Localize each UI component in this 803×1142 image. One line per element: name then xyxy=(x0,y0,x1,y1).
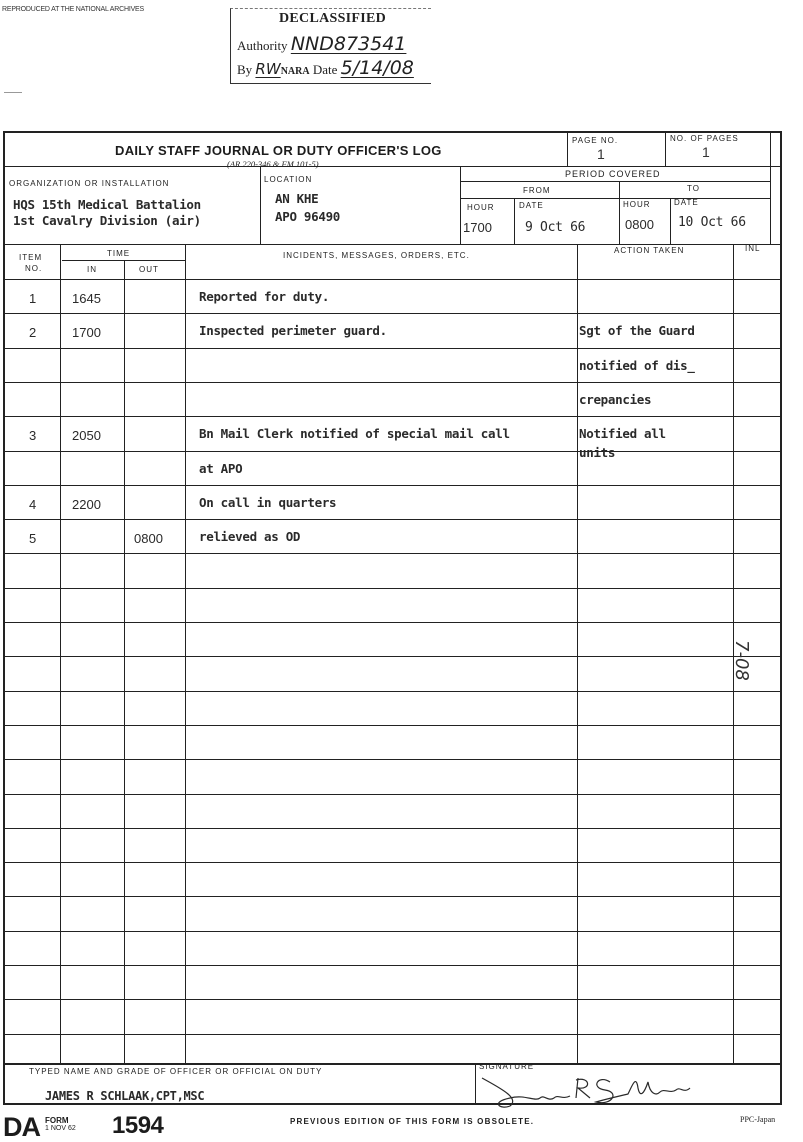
stamp-date-value: 5/14/08 xyxy=(341,57,414,79)
from-date-label: DATE xyxy=(519,201,544,210)
action-cell: notified of dis_ xyxy=(579,358,695,373)
item-no-cell: 2 xyxy=(29,325,36,340)
table-row: 50800relieved as OD xyxy=(5,519,780,553)
typed-name-label: TYPED NAME AND GRADE OF OFFICER OR OFFIC… xyxy=(29,1067,322,1076)
time-in-cell: 2050 xyxy=(72,428,101,443)
to-hour-label: HOUR xyxy=(623,200,651,209)
table-row xyxy=(5,656,780,690)
stamp-by-label: By xyxy=(237,62,252,77)
page-no-label: PAGE NO. xyxy=(572,136,618,145)
incident-cell: relieved as OD xyxy=(199,529,300,544)
declassified-stamp: DECLASSIFIED Authority NND873541 By RWNA… xyxy=(230,8,431,84)
num-pages-label: NO. OF PAGES xyxy=(670,134,739,143)
incident-cell: at APO xyxy=(199,461,242,476)
to-date-label: DATE xyxy=(674,198,699,207)
organization-line2: 1st Cavalry Division (air) xyxy=(13,213,201,228)
time-header: TIME xyxy=(107,249,130,258)
divider xyxy=(567,133,568,167)
action-cell: Notified all xyxy=(579,426,666,441)
divider xyxy=(460,167,461,245)
num-pages-value: 1 xyxy=(702,144,710,160)
divider xyxy=(461,198,771,199)
stamp-date-label: Date xyxy=(313,62,338,77)
action-cell: Sgt of the Guard xyxy=(579,323,695,338)
form-subtitle: (AR 220-346 & FM 101-5) xyxy=(227,159,319,169)
table-row xyxy=(5,862,780,896)
table-row xyxy=(5,553,780,587)
table-row xyxy=(5,588,780,622)
table-row xyxy=(5,896,780,930)
time-in-cell: 1700 xyxy=(72,325,101,340)
signature-image xyxy=(480,1068,710,1110)
from-label: FROM xyxy=(523,186,551,195)
table-row xyxy=(5,828,780,862)
location-label: LOCATION xyxy=(264,175,312,184)
organization-line1: HQS 15th Medical Battalion xyxy=(13,197,201,212)
form-label: FORM xyxy=(45,1117,76,1125)
divider xyxy=(665,133,666,167)
form-title: DAILY STAFF JOURNAL OR DUTY OFFICER'S LO… xyxy=(115,143,442,158)
divider xyxy=(770,133,771,245)
table-row xyxy=(5,794,780,828)
form-label-block: FORM 1 NOV 62 xyxy=(45,1117,76,1133)
divider xyxy=(461,181,771,182)
divider xyxy=(475,1063,476,1105)
item-no-cell: 3 xyxy=(29,428,36,443)
action-cell: units xyxy=(579,445,615,460)
incident-cell: On call in quarters xyxy=(199,495,336,510)
to-hour-value: 0800 xyxy=(625,217,654,232)
table-row: 32050Bn Mail Clerk notified of special m… xyxy=(5,416,780,450)
period-covered-label: PERIOD COVERED xyxy=(565,169,661,179)
table-row xyxy=(5,725,780,759)
location-line1: AN KHE xyxy=(275,191,318,206)
table-row: 21700Inspected perimeter guard.Sgt of th… xyxy=(5,313,780,347)
stamp-by: By RWNARA Date 5/14/08 xyxy=(237,57,414,79)
margin-note: 7-08 xyxy=(731,640,752,681)
incident-cell: Reported for duty. xyxy=(199,289,329,304)
printer-note: PPC-Japan xyxy=(740,1115,775,1124)
table-row xyxy=(5,622,780,656)
time-in-cell: 2200 xyxy=(72,497,101,512)
from-hour-label: HOUR xyxy=(467,203,495,212)
divider xyxy=(5,244,780,245)
organization-label: ORGANIZATION OR INSTALLATION xyxy=(9,179,169,188)
table-row xyxy=(5,999,780,1033)
stamp-authority-value: NND873541 xyxy=(291,33,407,55)
table-row xyxy=(5,931,780,965)
table-row: 42200On call in quarters xyxy=(5,485,780,519)
table-row xyxy=(5,691,780,725)
form-prefix: DA xyxy=(3,1112,40,1142)
previous-edition-note: PREVIOUS EDITION OF THIS FORM IS OBSOLET… xyxy=(290,1117,534,1126)
stamp-by-initials: RW xyxy=(255,60,280,78)
item-no-cell: 1 xyxy=(29,291,36,306)
table-row xyxy=(5,965,780,999)
scan-mark xyxy=(4,92,22,93)
stamp-heading: DECLASSIFIED xyxy=(279,11,386,27)
from-date-value: 9 Oct 66 xyxy=(525,220,585,235)
item-no-header-line2: NO. xyxy=(25,264,42,273)
time-out-cell: 0800 xyxy=(134,531,163,546)
item-no-header: ITEM xyxy=(19,253,42,262)
table-row: crepancies xyxy=(5,382,780,416)
archive-note: REPRODUCED AT THE NATIONAL ARCHIVES xyxy=(2,6,144,13)
action-cell: crepancies xyxy=(579,392,651,407)
form-number: 1594 xyxy=(112,1112,163,1140)
stamp-authority: Authority NND873541 xyxy=(237,33,406,55)
from-hour-value: 1700 xyxy=(463,220,492,235)
incidents-header: INCIDENTS, MESSAGES, ORDERS, ETC. xyxy=(283,251,470,260)
item-no-cell: 5 xyxy=(29,531,36,546)
table-row xyxy=(5,759,780,793)
to-date-value: 10 Oct 66 xyxy=(678,215,746,230)
table-row: at APOunits xyxy=(5,451,780,485)
item-no-cell: 4 xyxy=(29,497,36,512)
divider xyxy=(514,198,515,244)
location-line2: APO 96490 xyxy=(275,209,340,224)
typed-name-value: JAMES R SCHLAAK,CPT,MSC xyxy=(45,1089,204,1103)
inl-header: INL xyxy=(745,244,760,253)
stamp-nara-label: NARA xyxy=(281,66,310,77)
incident-cell: Bn Mail Clerk notified of special mail c… xyxy=(199,426,510,441)
stamp-authority-label: Authority xyxy=(237,38,288,53)
divider xyxy=(670,198,671,244)
divider xyxy=(5,166,780,167)
to-label: TO xyxy=(687,184,700,193)
page-no-value: 1 xyxy=(597,146,605,162)
action-header: ACTION TAKEN xyxy=(614,246,684,255)
time-in-header: IN xyxy=(87,265,97,274)
divider xyxy=(5,1063,780,1065)
time-out-header: OUT xyxy=(139,265,159,274)
divider xyxy=(260,167,261,245)
divider xyxy=(619,181,620,244)
form-date: 1 NOV 62 xyxy=(45,1125,76,1133)
incident-cell: Inspected perimeter guard. xyxy=(199,323,387,338)
duty-log-form: DAILY STAFF JOURNAL OR DUTY OFFICER'S LO… xyxy=(3,131,782,1105)
table-row: notified of dis_ xyxy=(5,348,780,382)
table-row: 11645Reported for duty. xyxy=(5,279,780,313)
time-in-cell: 1645 xyxy=(72,291,101,306)
